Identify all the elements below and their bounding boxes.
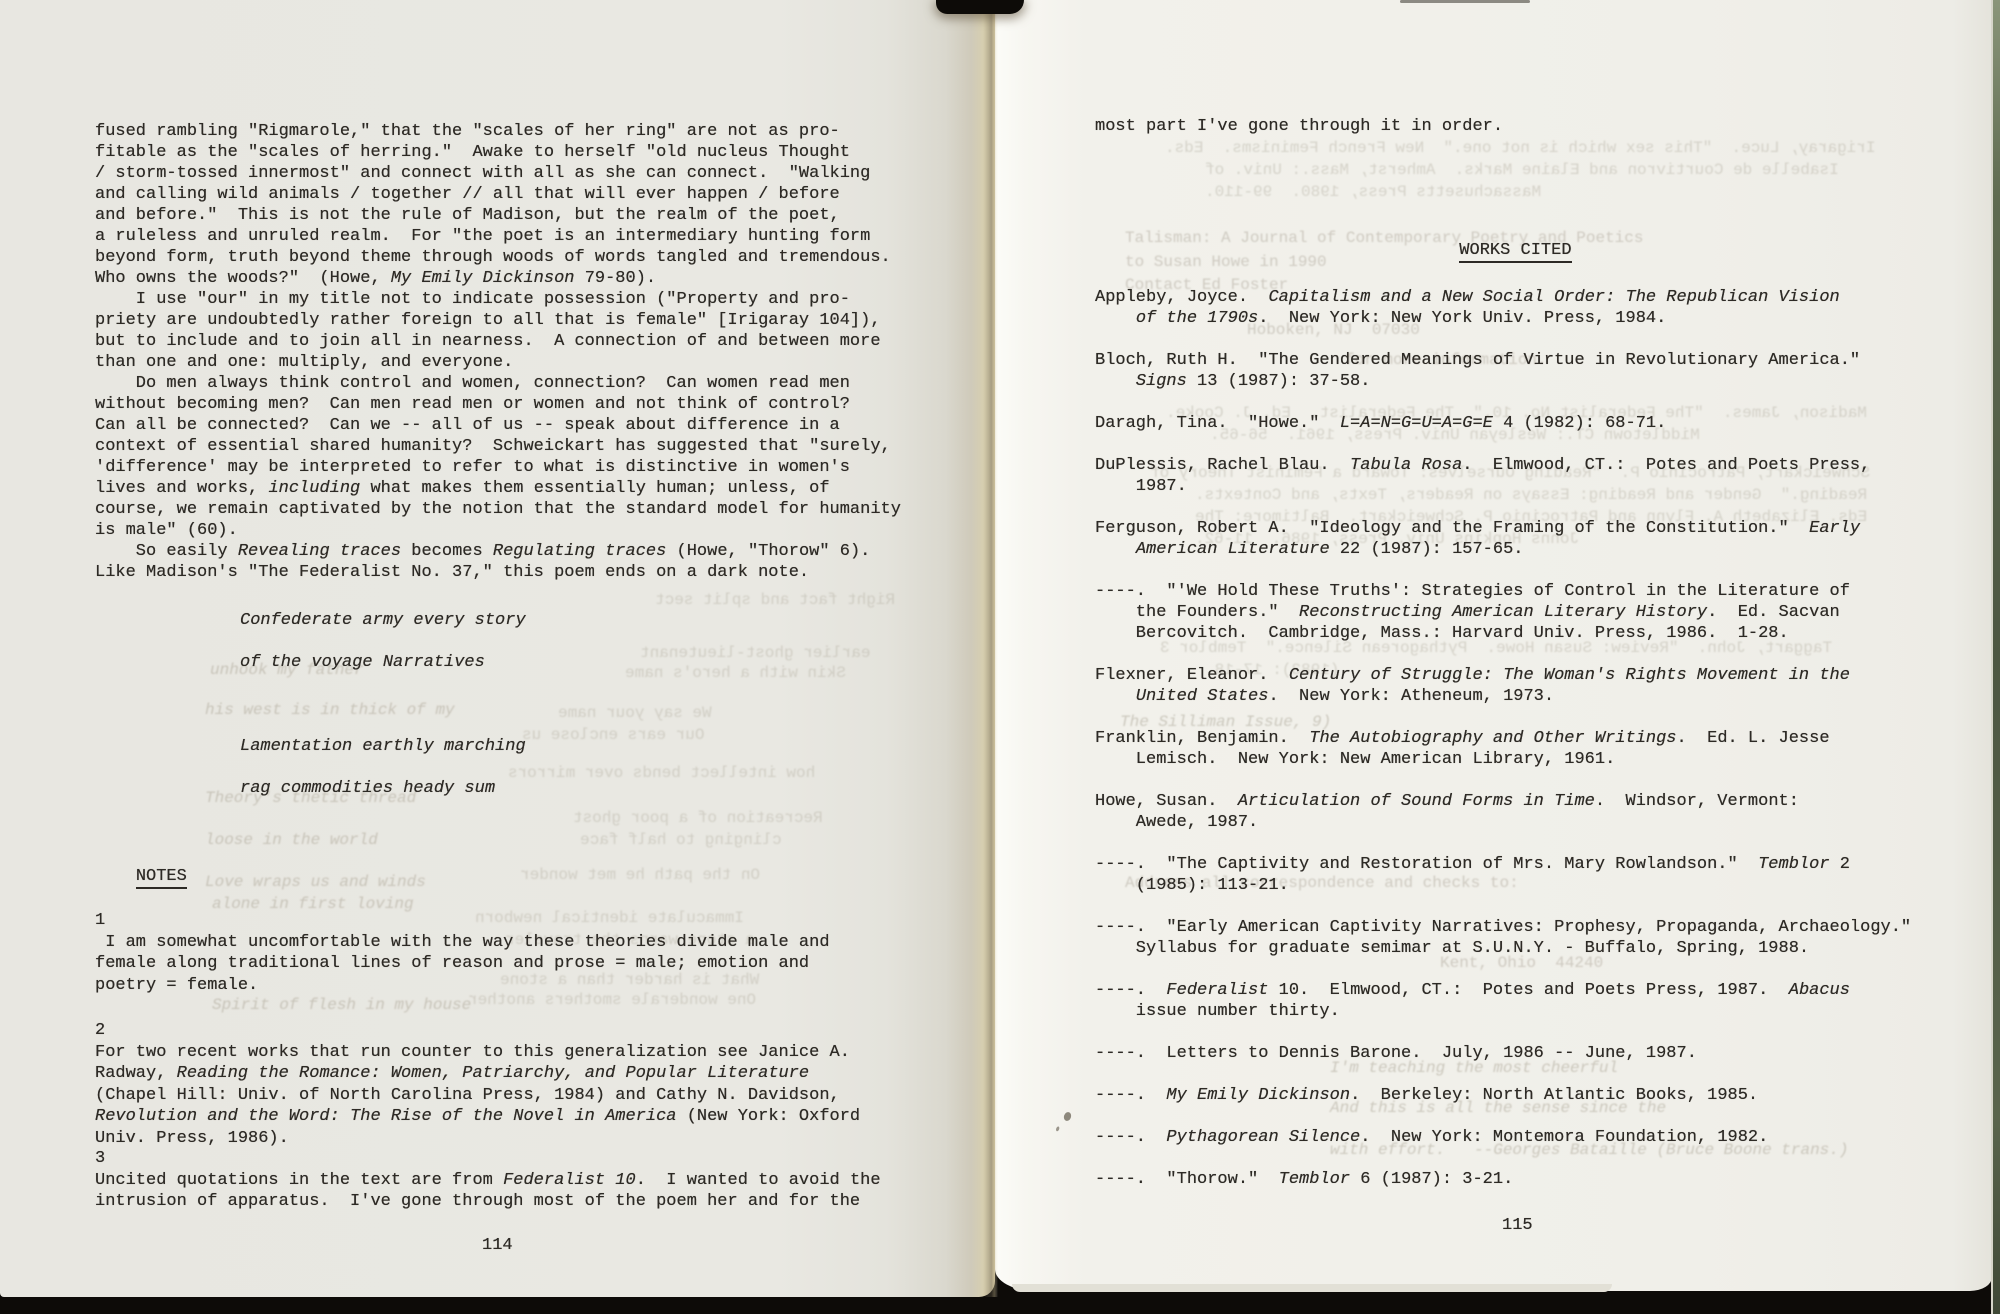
text-line: rag commodities heady sum	[240, 778, 526, 799]
text-line: ----. "The Captivity and Restoration of …	[1095, 854, 1935, 875]
scan-top-smudge	[1400, 0, 1530, 3]
text-line: Radway, Reading the Romance: Women, Patr…	[95, 1063, 860, 1085]
text-line: Bloch, Ruth H. "The Gendered Meanings of…	[1095, 350, 1935, 371]
text-line: Univ. Press, 1986).	[95, 1128, 860, 1150]
works-cited-section: WORKS CITED	[1080, 222, 1910, 282]
text-line: Flexner, Eleanor. Century of Struggle: T…	[1095, 665, 1935, 686]
text-line: Revolution and the Word: The Rise of the…	[95, 1106, 860, 1128]
text-line: ----. "Thorow." Temblor 6 (1987): 3-21.	[1095, 1169, 1935, 1190]
works-cited-heading: WORKS CITED	[1459, 241, 1571, 263]
citation-entry: ----. Pythagorean Silence. New York: Mon…	[1095, 1127, 1935, 1148]
text-line: lives and works, including what makes th…	[95, 478, 901, 499]
text-line: 3	[95, 1148, 881, 1170]
text-line: 'difference' may be interpreted to refer…	[95, 457, 901, 478]
text-line: United States. New York: Atheneum, 1973.	[1095, 686, 1935, 707]
text-line: ----. My Emily Dickinson. Berkeley: Nort…	[1095, 1085, 1935, 1106]
text-line: Can all be connected? Can we -- all of u…	[95, 415, 901, 436]
text-line: Awede, 1987.	[1095, 812, 1935, 833]
text-line: Signs 13 (1987): 37-58.	[1095, 371, 1935, 392]
text-line	[240, 715, 526, 736]
text-line: without becoming men? Can men read men o…	[95, 394, 901, 415]
citation-entry: ----. "Thorow." Temblor 6 (1987): 3-21.	[1095, 1169, 1935, 1190]
text-line: Lamentation earthly marching	[240, 736, 526, 757]
text-line: Daragh, Tina. "Howe." L=A=N=G=U=A=G=E 4 …	[1095, 413, 1935, 434]
citation-entry: Howe, Susan. Articulation of Sound Forms…	[1095, 791, 1935, 833]
text-line: 2	[95, 1020, 860, 1042]
text-line: poetry = female.	[95, 975, 830, 997]
page-number-left: 114	[482, 1236, 513, 1255]
poem-excerpt: Confederate army every story of the voya…	[240, 610, 526, 799]
text-line: priety are undoubtedly rather foreign to…	[95, 310, 901, 331]
citation-list: Appleby, Joyce. Capitalism and a New Soc…	[1095, 287, 1935, 1211]
text-line: I am somewhat uncomfortable with the way…	[95, 932, 830, 954]
text-line: Appleby, Joyce. Capitalism and a New Soc…	[1095, 287, 1935, 308]
footnote-1: 1 I am somewhat uncomfortable with the w…	[95, 910, 830, 996]
text-line: 1	[95, 910, 830, 932]
text-line: Uncited quotations in the text are from …	[95, 1170, 881, 1192]
footnote-3: 3Uncited quotations in the text are from…	[95, 1148, 881, 1213]
text-line: issue number thirty.	[1095, 1001, 1935, 1022]
text-line: ----. Letters to Dennis Barone. July, 19…	[1095, 1043, 1935, 1064]
text-line: DuPlessis, Rachel Blau. Tabula Rosa. Elm…	[1095, 455, 1935, 476]
notes-heading: NOTES	[136, 867, 187, 889]
gutter-top-shadow	[936, 0, 1024, 14]
text-line: (Chapel Hill: Univ. of North Carolina Pr…	[95, 1085, 860, 1107]
citation-entry: Flexner, Eleanor. Century of Struggle: T…	[1095, 665, 1935, 707]
citation-entry: ----. My Emily Dickinson. Berkeley: Nort…	[1095, 1085, 1935, 1106]
text-line: Ferguson, Robert A. "Ideology and the Fr…	[1095, 518, 1935, 539]
page-number-right: 115	[1502, 1216, 1533, 1235]
text-line: 1987.	[1095, 476, 1935, 497]
text-line: fused rambling "Rigmarole," that the "sc…	[95, 121, 901, 142]
gutter-shadow	[983, 0, 998, 1297]
citation-entry: Franklin, Benjamin. The Autobiography an…	[1095, 728, 1935, 770]
text-line: and calling wild animals / together // a…	[95, 184, 901, 205]
text-line: female along traditional lines of reason…	[95, 953, 830, 975]
text-line	[240, 694, 526, 715]
text-line: Like Madison's "The Federalist No. 37," …	[95, 562, 901, 583]
text-line: / storm-tossed innermost" and connect wi…	[95, 163, 901, 184]
citation-entry: Ferguson, Robert A. "Ideology and the Fr…	[1095, 518, 1935, 560]
text-line: I use "our" in my title not to indicate …	[95, 289, 901, 310]
citation-entry: Daragh, Tina. "Howe." L=A=N=G=U=A=G=E 4 …	[1095, 413, 1935, 434]
citation-entry: ----. Letters to Dennis Barone. July, 19…	[1095, 1043, 1935, 1064]
text-line: is male" (60).	[95, 520, 901, 541]
text-line: So easily Revealing traces becomes Regul…	[95, 541, 901, 562]
page-bottom-edge	[1012, 1284, 1612, 1292]
notes-section: NOTES	[95, 848, 187, 908]
citation-entry: DuPlessis, Rachel Blau. Tabula Rosa. Elm…	[1095, 455, 1935, 497]
text-line: Franklin, Benjamin. The Autobiography an…	[1095, 728, 1935, 749]
text-line: For two recent works that run counter to…	[95, 1042, 860, 1064]
text-line: of the voyage Narratives	[240, 652, 526, 673]
text-line	[240, 631, 526, 652]
text-line: (1985): 113-21.	[1095, 875, 1935, 896]
footnote-2: 2For two recent works that run counter t…	[95, 1020, 860, 1149]
text-line: Howe, Susan. Articulation of Sound Forms…	[1095, 791, 1935, 812]
text-line: Do men always think control and women, c…	[95, 373, 901, 394]
book-cover-edge	[1991, 0, 2000, 1314]
text-line: of the 1790s. New York: New York Univ. P…	[1095, 308, 1935, 329]
text-line: fitable as the "scales of herring." Awak…	[95, 142, 901, 163]
text-line: and before." This is not the rule of Mad…	[95, 205, 901, 226]
text-line	[240, 673, 526, 694]
text-line: context of essential shared humanity? Sc…	[95, 436, 901, 457]
citation-entry: Bloch, Ruth H. "The Gendered Meanings of…	[1095, 350, 1935, 392]
citation-entry: ----. "'We Hold These Truths': Strategie…	[1095, 581, 1935, 644]
text-line: course, we remain captivated by the noti…	[95, 499, 901, 520]
text-line: than one and one: multiply, and everyone…	[95, 352, 901, 373]
text-line: Bercovitch. Cambridge, Mass.: Harvard Un…	[1095, 623, 1935, 644]
text-line	[240, 757, 526, 778]
text-line: ----. Pythagorean Silence. New York: Mon…	[1095, 1127, 1935, 1148]
text-line: beyond form, truth beyond theme through …	[95, 247, 901, 268]
text-line: ----. "'We Hold These Truths': Strategie…	[1095, 581, 1935, 602]
text-line: intrusion of apparatus. I've gone throug…	[95, 1191, 881, 1213]
text-line: Confederate army every story	[240, 610, 526, 631]
citation-entry: ----. "The Captivity and Restoration of …	[1095, 854, 1935, 896]
text-line: but to include and to join all in nearne…	[95, 331, 901, 352]
text-line: Who owns the woods?" (Howe, My Emily Dic…	[95, 268, 901, 289]
text-line: Syllabus for graduate semimar at S.U.N.Y…	[1095, 938, 1935, 959]
citation-entry: ----. "Early American Captivity Narrativ…	[1095, 917, 1935, 959]
intro-text: most part I've gone through it in order.	[1095, 116, 1503, 137]
citation-entry: Appleby, Joyce. Capitalism and a New Soc…	[1095, 287, 1935, 329]
text-line: ----. Federalist 10. Elmwood, CT.: Potes…	[1095, 980, 1935, 1001]
text-line: the Founders." Reconstructing American L…	[1095, 602, 1935, 623]
citation-entry: ----. Federalist 10. Elmwood, CT.: Potes…	[1095, 980, 1935, 1022]
text-line: a ruleless and unruled realm. For "the p…	[95, 226, 901, 247]
text-line: ----. "Early American Captivity Narrativ…	[1095, 917, 1935, 938]
text-line: most part I've gone through it in order.	[1095, 116, 1503, 137]
book-scan: unhook my fatherhis west is in thick of …	[0, 0, 2000, 1314]
text-line: Lemisch. New York: New American Library,…	[1095, 749, 1935, 770]
text-line: American Literature 22 (1987): 157-65.	[1095, 539, 1935, 560]
body-text: fused rambling "Rigmarole," that the "sc…	[95, 121, 901, 583]
